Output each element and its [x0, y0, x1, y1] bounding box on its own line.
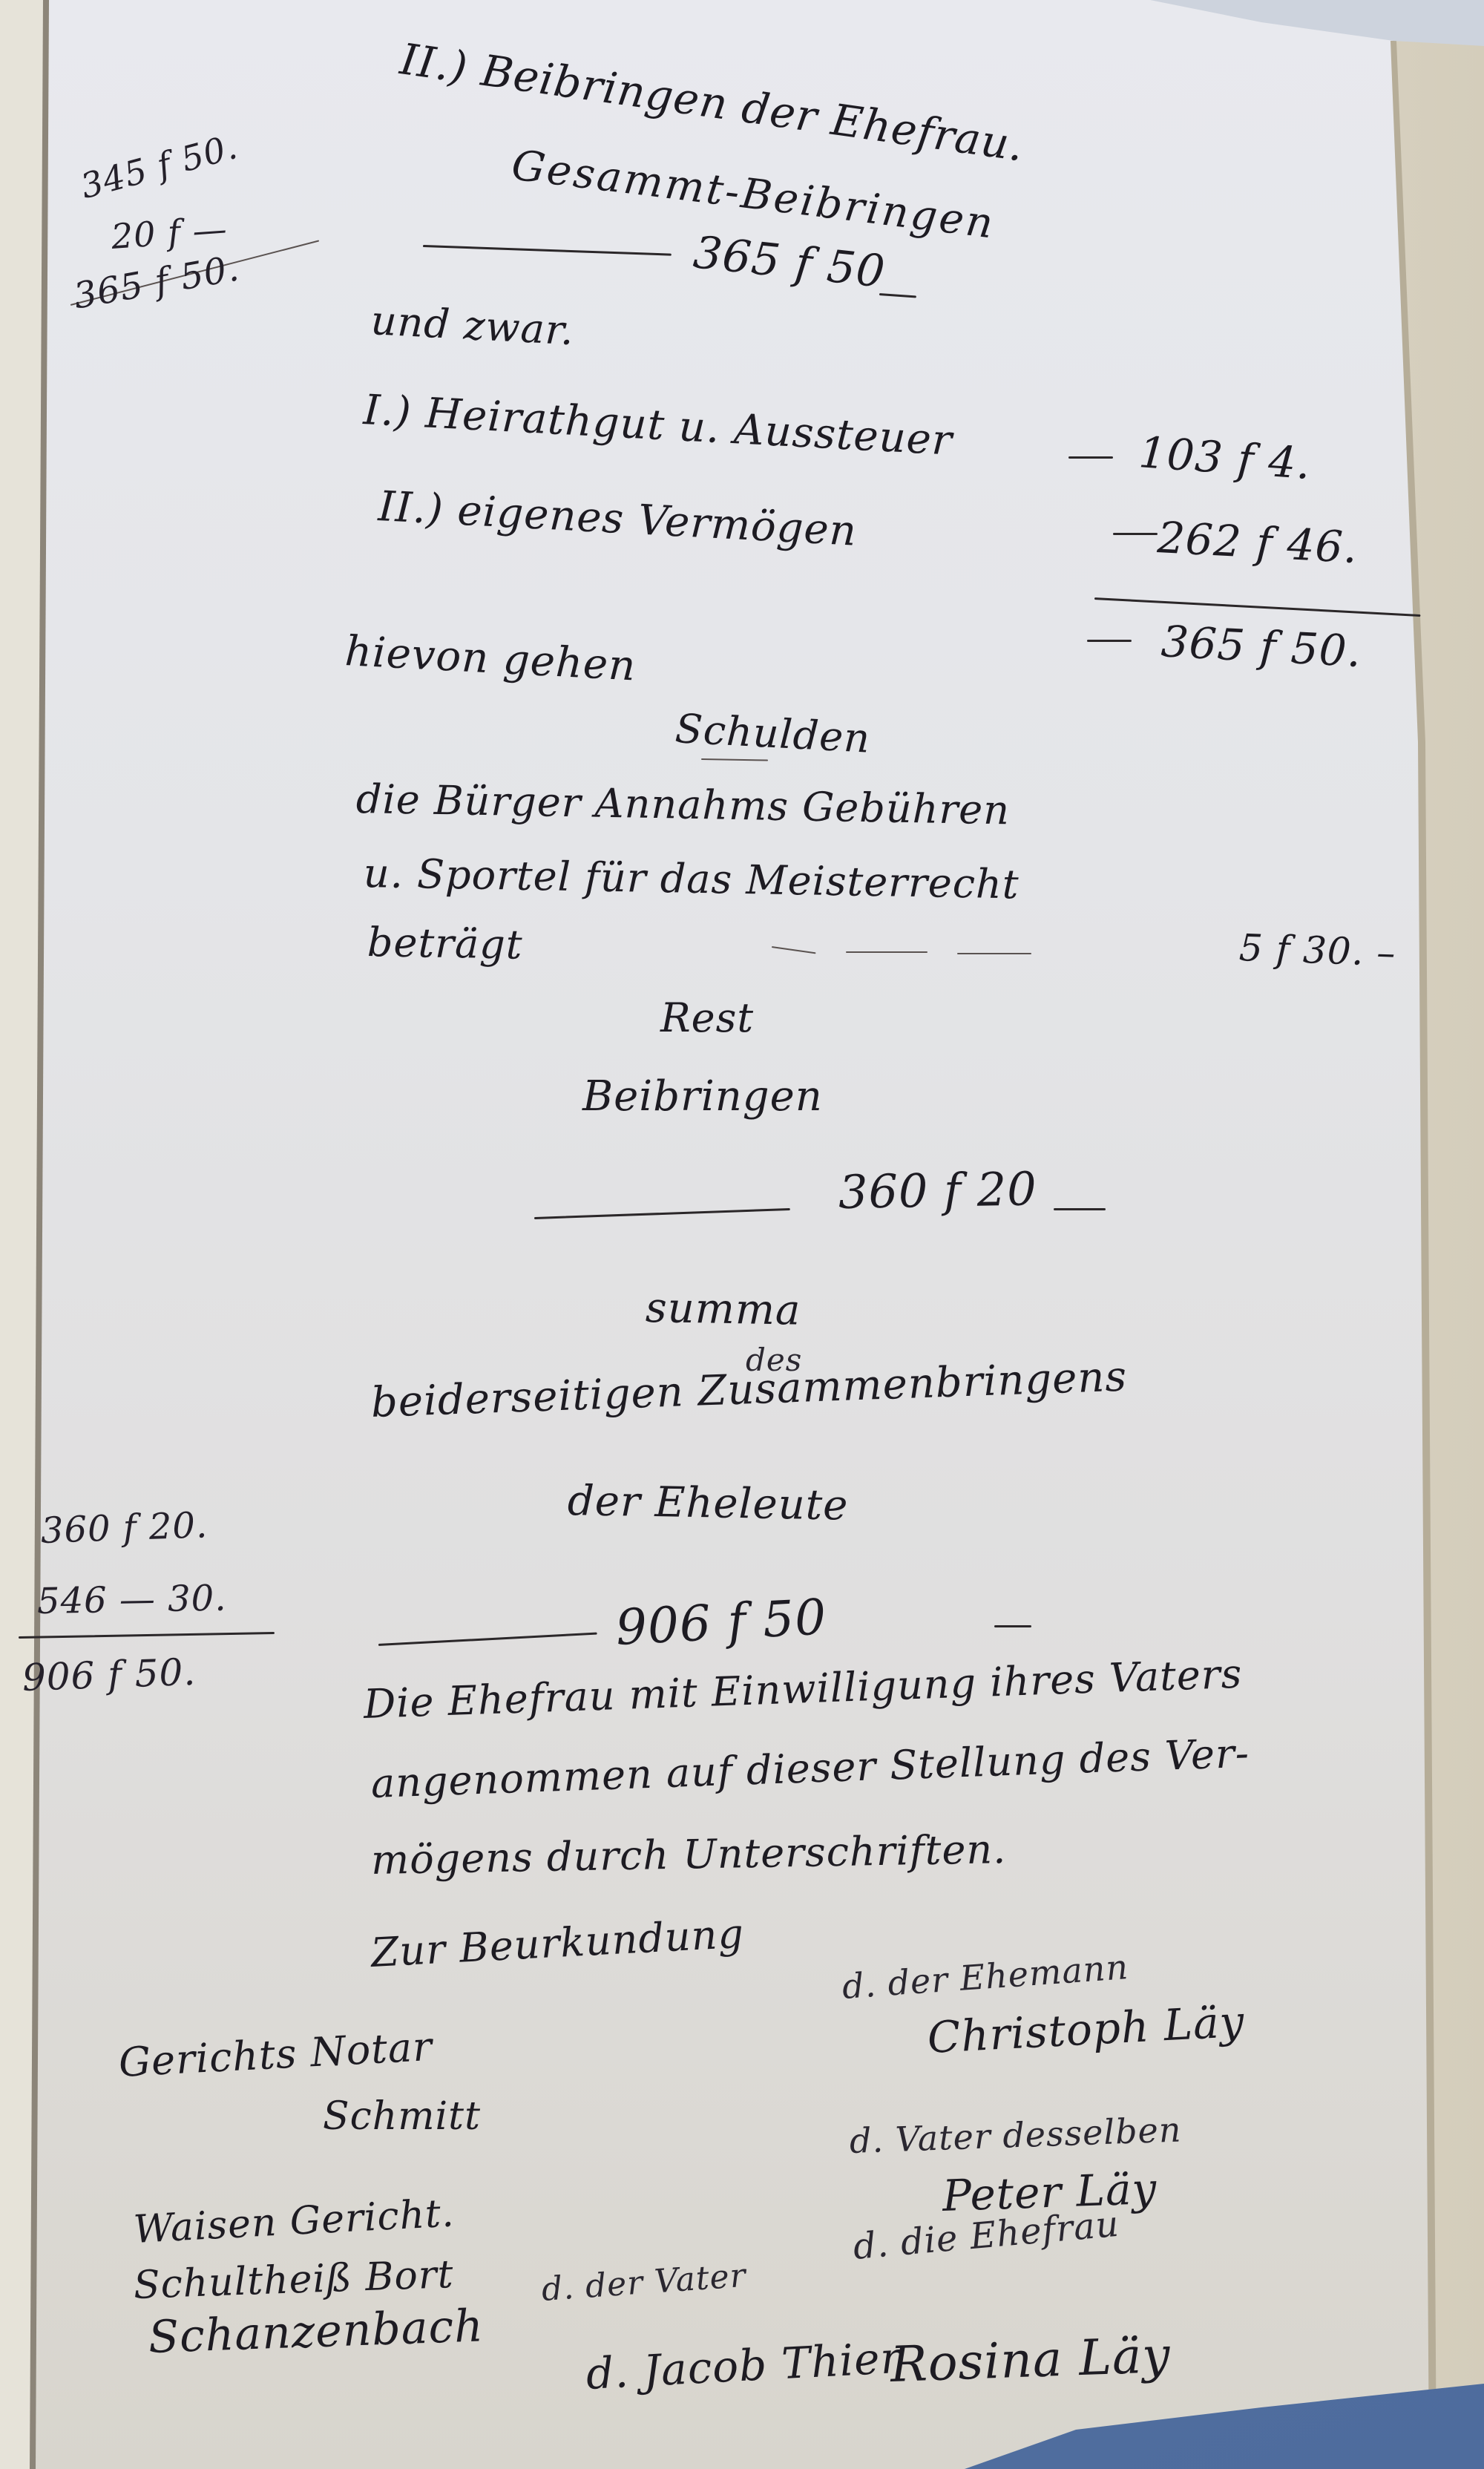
debts-amount: 5 f 30. – [1238, 926, 1396, 974]
item-dash-2 [1113, 533, 1158, 535]
rest-trailing-dash [1054, 1208, 1106, 1210]
summa-line-3: der Eheleute [567, 1477, 848, 1530]
summa-label: summa [645, 1284, 801, 1335]
debts-dash-3 [957, 953, 1031, 954]
margin-calc-2-total: 906 f 50. [22, 1650, 197, 1699]
summa-amount: 906 f 50 [614, 1588, 828, 1656]
margin-calc-1-line-2: 20 f — [110, 209, 229, 257]
margin-calc-2-line-1: 360 f 20. [40, 1504, 209, 1552]
rest-label: Rest [660, 994, 754, 1041]
item-dash-1 [1068, 456, 1113, 459]
debts-dash-2 [846, 951, 927, 953]
margin-calc-2-line-2: 546 — 30. [37, 1578, 227, 1622]
ledger-page [0, 0, 1484, 2469]
rest-amount: 360 f 20 [838, 1161, 1037, 1219]
rest-sublabel: Beibringen [582, 1072, 823, 1121]
items-total-dash [1087, 640, 1132, 642]
summa-trailing-dash [994, 1625, 1031, 1627]
notary-signature: Schmitt [323, 2094, 481, 2139]
signature-wife: Rosina Läy [890, 2327, 1172, 2393]
debts-line-3: beträgt [367, 919, 523, 968]
item-amount-2: 262 f 46. [1156, 512, 1359, 573]
items-total-amount: 365 f 50. [1160, 616, 1362, 677]
